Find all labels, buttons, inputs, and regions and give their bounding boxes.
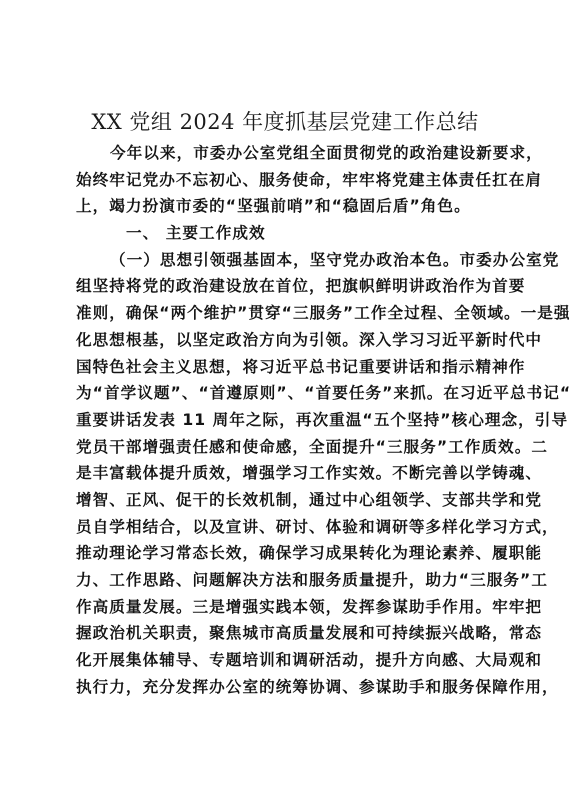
paragraph-line: （一）思想引领强基固本，坚守党办政治本色。市委办公室党 bbox=[76, 247, 496, 274]
paragraph-line: 员自学相结合，以及宣讲、研讨、体验和调研等多样化学习方式， bbox=[76, 514, 496, 541]
paragraph-line: 党员干部增强责任感和使命感，全面提升“三服务”工作质效。二 bbox=[76, 434, 496, 461]
paragraph-line: 重要讲话发表 11 周年之际，再次重温“五个坚持”核心理念，引导 bbox=[76, 407, 496, 434]
paragraph-line: 握政治机关职责，聚焦城市高质量发展和可持续振兴战略，常态 bbox=[76, 620, 496, 647]
paragraph-line: 上，竭力扮演市委的“坚强前哨”和“稳固后盾”角色。 bbox=[76, 193, 496, 220]
document-body: 今年以来，市委办公室党组全面贯彻党的政治建设新要求， 始终牢记党办不忘初心、服务… bbox=[76, 140, 496, 700]
paragraph-line: 推动理论学习常态长效，确保学习成果转化为理论素养、履职能 bbox=[76, 540, 496, 567]
paragraph-line: 化思想根基，以坚定政治方向为引领。深入学习习近平新时代中 bbox=[76, 327, 496, 354]
paragraph-line: 准则，确保“两个维护”贯穿“三服务”工作全过程、全领域。一是强 bbox=[76, 300, 496, 327]
paragraph-line: 执行力，充分发挥办公室的统筹协调、参谋助手和服务保障作用， bbox=[76, 674, 496, 701]
paragraph-line: 为“首学议题”、“首遵原则”、“首要任务”来抓。在习近平总书记“5•8” bbox=[76, 380, 496, 407]
document-page: XX 党组 2024 年度抓基层党建工作总结 今年以来，市委办公室党组全面贯彻党… bbox=[0, 0, 570, 807]
paragraph-line: 组坚持将党的政治建设放在首位，把旗帜鲜明讲政治作为首要 bbox=[76, 273, 496, 300]
paragraph-line: 今年以来，市委办公室党组全面贯彻党的政治建设新要求， bbox=[76, 140, 496, 167]
paragraph-line: 是丰富载体提升质效，增强学习工作实效。不断完善以学铸魂、 bbox=[76, 460, 496, 487]
section-heading: 一、 主要工作成效 bbox=[76, 220, 496, 247]
paragraph-line: 化开展集体辅导、专题培训和调研活动，提升方向感、大局观和 bbox=[76, 647, 496, 674]
paragraph-line: 作高质量发展。三是增强实践本领，发挥参谋助手作用。牢牢把 bbox=[76, 594, 496, 621]
paragraph-line: 国特色社会主义思想，将习近平总书记重要讲话和指示精神作 bbox=[76, 354, 496, 381]
paragraph-line: 始终牢记党办不忘初心、服务使命，牢牢将党建主体责任扛在肩 bbox=[76, 167, 496, 194]
paragraph-line: 增智、正风、促干的长效机制，通过中心组领学、支部共学和党 bbox=[76, 487, 496, 514]
document-title: XX 党组 2024 年度抓基层党建工作总结 bbox=[0, 106, 570, 136]
paragraph-line: 力、工作思路、问题解决方法和服务质量提升，助力“三服务”工 bbox=[76, 567, 496, 594]
